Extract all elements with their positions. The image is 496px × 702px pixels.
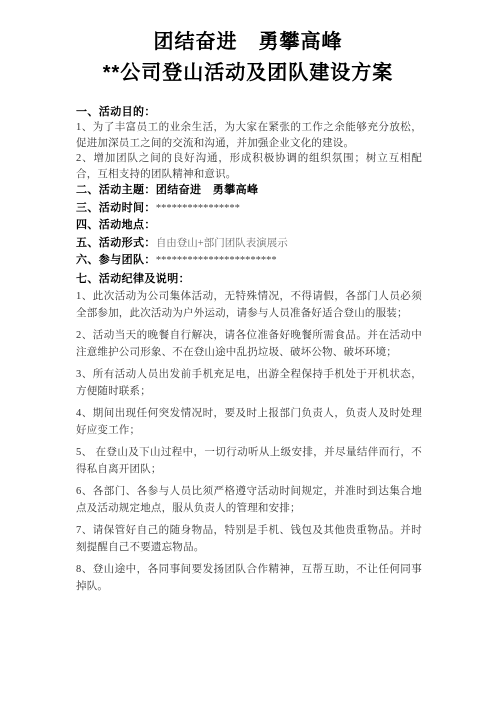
title-block: 团结奋进 勇攀高峰 **公司登山活动及团队建设方案 <box>0 0 496 89</box>
field-time: 三、活动时间：**************** <box>76 200 422 218</box>
field-place: 四、活动地点： <box>76 217 422 235</box>
document-page: 团结奋进 勇攀高峰 **公司登山活动及团队建设方案 一、活动目的： 1、为了丰富… <box>0 0 496 702</box>
field-format-value: 自由登山+部门团队表演展示 <box>156 238 288 249</box>
field-format: 五、活动形式：自由登山+部门团队表演展示 <box>76 235 422 253</box>
doc-title-line1: 团结奋进 勇攀高峰 <box>0 27 496 58</box>
field-teams: 六、参与团队：*********************** <box>76 252 422 270</box>
rule-item-1: 1、此次活动为公司集体活动，无特殊情况，不得请假，各部门人员必须全部参加，此次活… <box>76 288 422 323</box>
field-teams-label: 六、参与团队： <box>76 254 156 266</box>
rule-item-8: 8、登山途中，各同事间要发扬团队合作精神，互帮互助，不让任何同事掉队。 <box>76 561 422 596</box>
field-format-label: 五、活动形式： <box>76 237 156 249</box>
field-place-label: 四、活动地点： <box>76 219 156 231</box>
rules-heading: 七、活动纪律及说明： <box>76 271 422 288</box>
rule-item-6: 6、各部门、各参与人员比须严格遵守活动时间规定，并准时到达集合地点及活动规定地点… <box>76 483 422 518</box>
field-teams-value: *********************** <box>156 255 277 266</box>
section-fields: 二、活动主题：团结奋进 勇攀高峰 三、活动时间：****************… <box>76 182 422 270</box>
rule-item-5: 5、 在登山及下山过程中，一切行动听从上级安排，并尽量结伴而行，不得私自离开团队… <box>76 444 422 479</box>
rule-item-3: 3、所有活动人员出发前手机充足电，出游全程保持手机处于开机状态，方便随时联系； <box>76 366 422 401</box>
field-time-value: **************** <box>156 203 240 214</box>
document-body: 一、活动目的： 1、为了丰富员工的业余生活，为大家在紧张的工作之余能够充分放松，… <box>76 104 422 596</box>
rule-item-2: 2、活动当天的晚餐自行解决，请各位准备好晚餐所需食品。并在活动中注意维护公司形象… <box>76 327 422 362</box>
rule-item-7: 7、请保管好自己的随身物品，特别是手机、钱包及其他贵重物品。并时刻提醒自己不要遗… <box>76 522 422 557</box>
purpose-paragraph-1: 1、为了丰富员工的业余生活，为大家在紧张的工作之余能够充分放松，促进加深员工之间… <box>76 120 422 151</box>
rule-item-4: 4、期间出现任何突发情况时，要及时上报部门负责人，负责人及时处理好应变工作； <box>76 405 422 440</box>
field-theme: 二、活动主题：团结奋进 勇攀高峰 <box>76 182 422 200</box>
section-rules: 七、活动纪律及说明： 1、此次活动为公司集体活动，无特殊情况，不得请假，各部门人… <box>76 271 422 596</box>
field-theme-value: 团结奋进 勇攀高峰 <box>156 184 259 196</box>
field-theme-label: 二、活动主题： <box>76 184 156 196</box>
purpose-paragraph-2: 2、增加团队之间的良好沟通，形成积极协调的组织氛围；树立互相配合，互相支持的团队… <box>76 151 422 182</box>
section-purpose: 一、活动目的： 1、为了丰富员工的业余生活，为大家在紧张的工作之余能够充分放松，… <box>76 104 422 182</box>
purpose-heading: 一、活动目的： <box>76 104 422 120</box>
doc-title-line2: **公司登山活动及团队建设方案 <box>0 58 496 89</box>
field-time-label: 三、活动时间： <box>76 202 156 214</box>
